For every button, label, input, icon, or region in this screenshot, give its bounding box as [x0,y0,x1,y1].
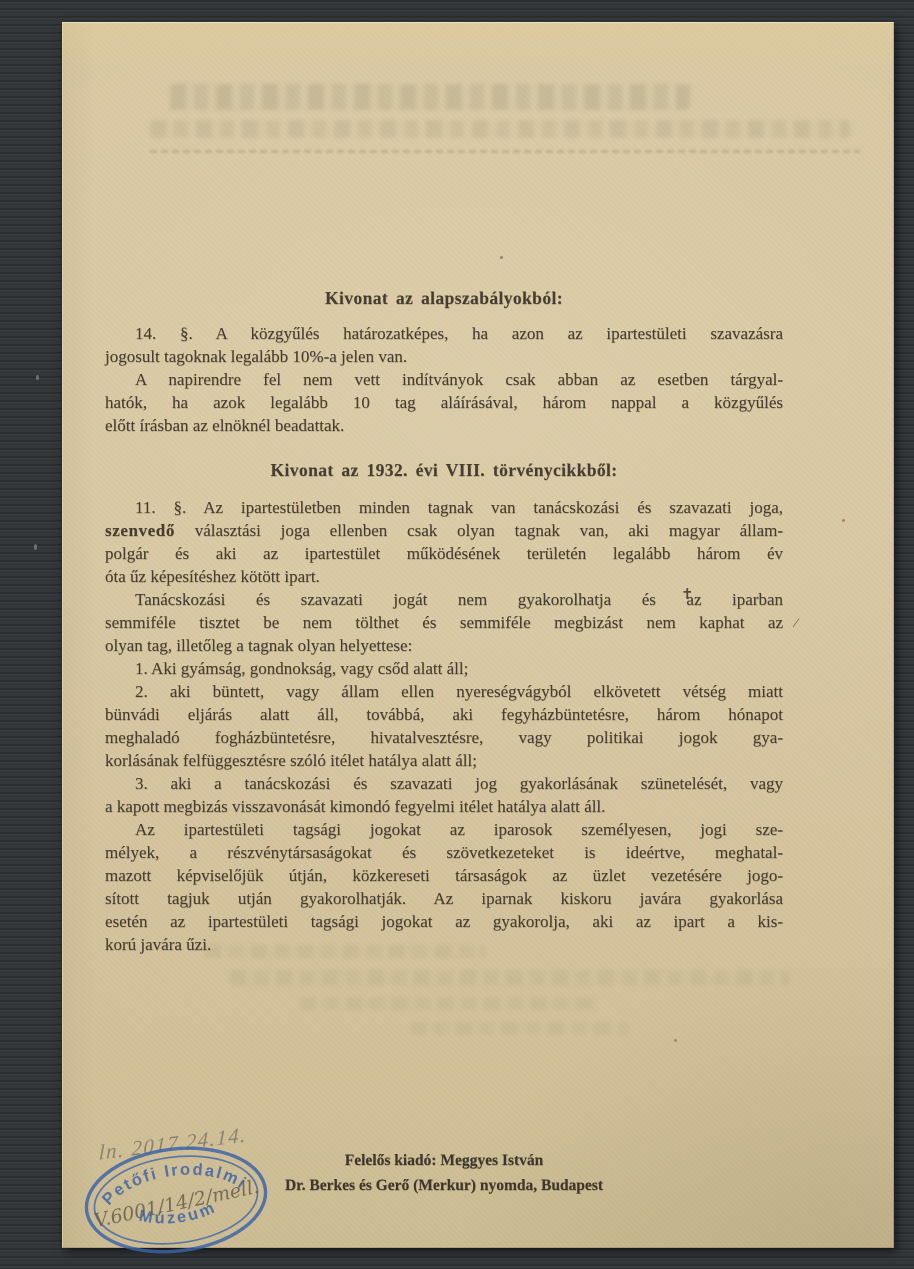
paper-speck [842,519,845,522]
text-line: 11. §. Az ipartestületben minden tagnak … [105,496,783,519]
text-line: a kapott megbizás visszavonását kimondó … [105,795,783,818]
text-line: 1. Aki gyámság, gondnokság, vagy csőd al… [105,657,783,680]
text-line: esetén az ipartestületi tagsági jogokat … [105,910,783,933]
text-line: polgár és aki az ipartestület működéséne… [105,542,783,565]
section-heading: Kivonat az 1932. évi VIII. törvénycikkbő… [105,459,783,482]
emphasized-word: szenvedő [105,521,175,540]
text-line: 2. aki büntett, vagy állam ellen nyeresé… [105,680,783,703]
text-line: semmiféle tisztet be nem tölthet és semm… [105,611,783,634]
section-heading: Kivonat az alapszabályokból: [105,287,783,310]
text-line: meghaladó fogházbüntetésre, hivatalveszt… [105,726,783,749]
text-segment: választási joga ellenben csak olyan tagn… [175,521,783,540]
text-line: korú javára űzi. [105,933,783,956]
museum-stamp: Petőfi Irodalmi Múzeum V.6001/14/2/mell. [74,1133,278,1268]
show-through [300,997,600,1010]
text-line: sított tagjuk utján gyakorolhatják. Az i… [105,887,783,910]
text-line: bünvádi eljárás alatt áll, továbbá, aki … [105,703,783,726]
background-mat: Kivonat az alapszabályokból:14. §. A köz… [0,0,914,1269]
show-through [230,970,790,985]
text-line: 14. §. A közgyűlés határozatképes, ha az… [105,322,783,345]
mat-speck [34,544,37,550]
show-through [410,1022,630,1035]
text-line: előtt írásban az elnöknél beadattak. [105,414,783,437]
text-line: mélyek, a részvénytársaságokat és szövet… [105,841,783,864]
document-page: Kivonat az alapszabályokból:14. §. A köz… [62,22,894,1248]
text-line: hatók, ha azok legalább 10 tag aláírásáv… [105,391,783,414]
text-content: Kivonat az alapszabályokból:14. §. A köz… [105,22,783,956]
text-line: Tanácskozási és szavazati jogát nem gyak… [105,588,783,611]
text-line: óta űz képesítéshez kötött ipart. [105,565,783,588]
ink-smudge: ∕ [795,615,797,631]
text-line: A napirendre fel nem vett indítványok cs… [105,368,783,391]
paper-speck [674,1039,677,1042]
text-line: olyan tag, illetőleg a tagnak olyan hely… [105,634,783,657]
text-line: szenvedő választási joga ellenben csak o… [105,519,783,542]
text-line: Az ipartestületi tagsági jogokat az ipar… [105,818,783,841]
text-line: mazott képviselőjük útján, közkereseti t… [105,864,783,887]
text-line: jogosult tagoknak legalább 10%-a jelen v… [105,345,783,368]
mat-speck [36,375,39,380]
text-line: 3. aki a tanácskozási és szavazati jog g… [105,772,783,795]
text-line: korlásának felfüggesztésre szóló itélet … [105,749,783,772]
